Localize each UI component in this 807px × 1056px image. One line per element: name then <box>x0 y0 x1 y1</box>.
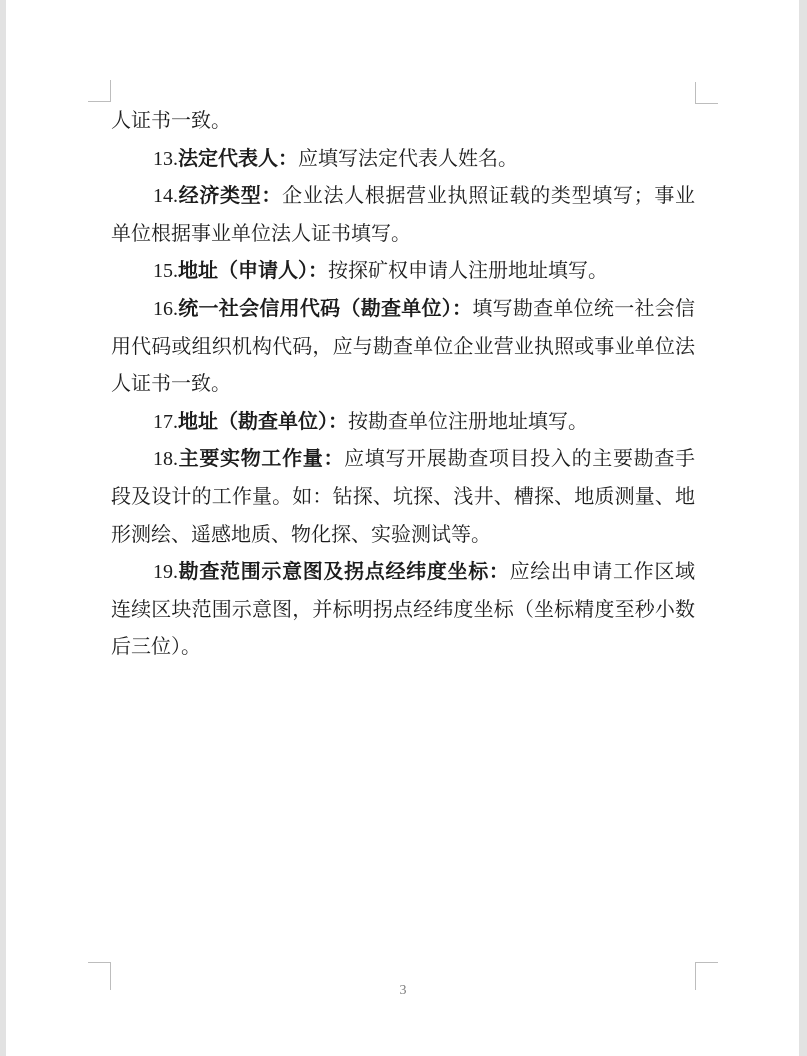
crop-mark-bottom-left <box>88 962 111 990</box>
item-number: 13. <box>153 148 178 170</box>
crop-mark-top-right <box>695 82 718 104</box>
continuation-text: 人证书一致。 <box>111 110 231 132</box>
crop-mark-bottom-right <box>695 962 718 990</box>
body-text: 人证书一致。 13.法定代表人：应填写法定代表人姓名。 14.经济类型：企业法人… <box>111 103 695 667</box>
item-title: 统一社会信用代码（勘查单位）： <box>178 298 472 320</box>
item-body: 按探矿权申请人注册地址填写。 <box>328 260 608 282</box>
left-edge-strip <box>0 0 6 1056</box>
right-edge-strip <box>799 0 807 1056</box>
item-number: 19. <box>153 561 178 583</box>
item-number: 16. <box>153 298 178 320</box>
list-item-18: 18.主要实物工作量：应填写开展勘查项目投入的主要勘查手段及设计的工作量。如：钻… <box>111 441 695 554</box>
list-item-13: 13.法定代表人：应填写法定代表人姓名。 <box>111 141 695 179</box>
page-number: 3 <box>111 981 695 1001</box>
list-item-19: 19.勘查范围示意图及拐点经纬度坐标：应绘出申请工作区域连续区块范围示意图，并标… <box>111 554 695 667</box>
list-item-17: 17.地址（勘查单位）：按勘查单位注册地址填写。 <box>111 404 695 442</box>
document-page: 人证书一致。 13.法定代表人：应填写法定代表人姓名。 14.经济类型：企业法人… <box>0 0 807 1056</box>
item-title: 勘查范围示意图及拐点经纬度坐标： <box>178 561 510 583</box>
item-title: 地址（勘查单位）： <box>178 411 348 433</box>
item-body: 按勘查单位注册地址填写。 <box>348 411 588 433</box>
item-number: 15. <box>153 260 178 282</box>
list-item-16: 16.统一社会信用代码（勘查单位）：填写勘查单位统一社会信用代码或组织机构代码，… <box>111 291 695 404</box>
item-title: 经济类型： <box>178 185 282 207</box>
list-item-14: 14.经济类型：企业法人根据营业执照证载的类型填写；事业单位根据事业单位法人证书… <box>111 178 695 253</box>
item-title: 主要实物工作量： <box>178 448 344 470</box>
item-title: 地址（申请人）： <box>178 260 328 282</box>
item-number: 14. <box>153 185 178 207</box>
list-item-15: 15.地址（申请人）：按探矿权申请人注册地址填写。 <box>111 253 695 291</box>
item-title: 法定代表人： <box>178 148 298 170</box>
item-number: 17. <box>153 411 178 433</box>
crop-mark-top-left <box>88 80 111 102</box>
continuation-line: 人证书一致。 <box>111 103 695 141</box>
item-body: 应填写法定代表人姓名。 <box>298 148 518 170</box>
item-number: 18. <box>153 448 178 470</box>
